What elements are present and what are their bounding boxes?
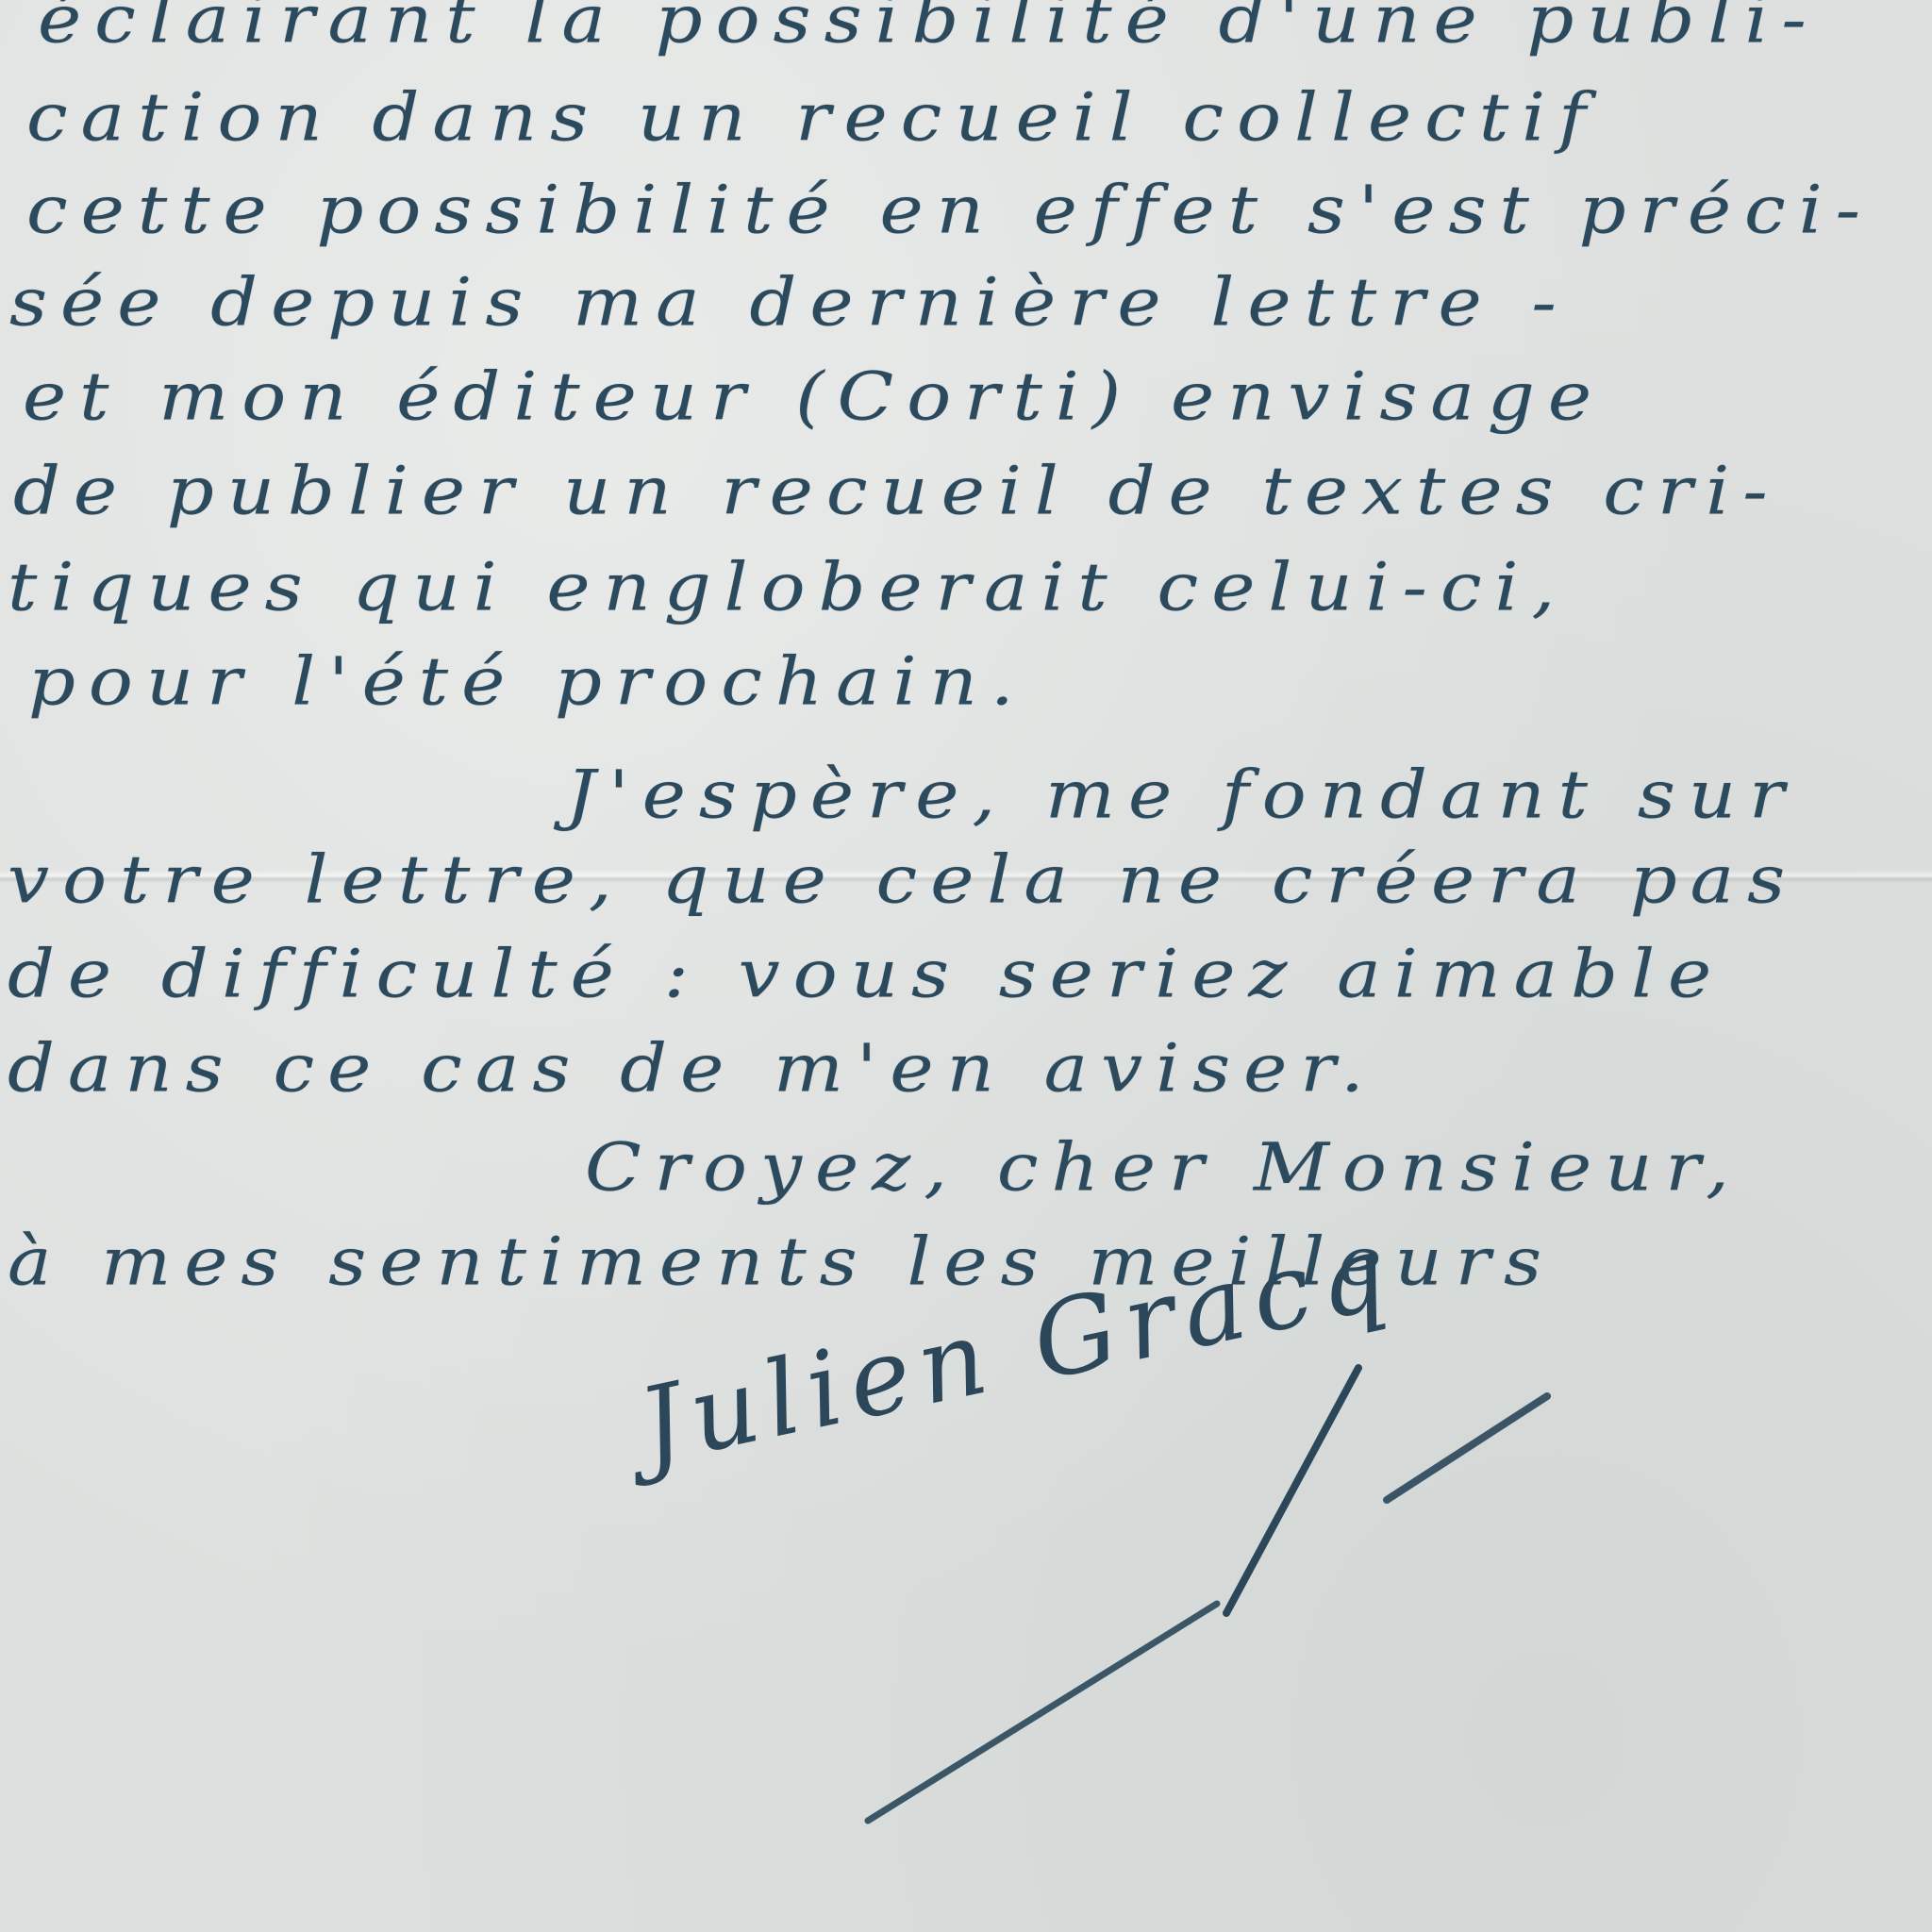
letter-line-4: sée depuis ma dernière lettre - <box>9 270 1570 336</box>
letter-line-3: cette possibilité en effet s'est préci- <box>26 177 1874 243</box>
letter-line-10: votre lettre, que cela ne créera pas <box>8 847 1798 913</box>
letter-line-8: pour l'été prochain. <box>28 649 1027 715</box>
closing-line-1: Croyez, cher Monsieur, <box>585 1135 1742 1201</box>
letter-line-1: éclairant la possibilité d'une publi- <box>38 0 1820 53</box>
letter-line-7: tiques qui engloberait celui-ci, <box>8 555 1568 621</box>
letter-line-9: J'espère, me fondant sur <box>566 762 1797 828</box>
letter-line-11: de difficulté : vous seriez aimable <box>8 941 1724 1008</box>
letter-line-12: dans ce cas de m'en aviser. <box>8 1036 1377 1102</box>
letter-line-2: cation dans un recueil collectif <box>26 85 1599 151</box>
letter-line-5: et mon éditeur (Corti) envisage <box>23 364 1605 430</box>
letter-line-6: de publier un recueil de textes cri- <box>13 458 1781 525</box>
